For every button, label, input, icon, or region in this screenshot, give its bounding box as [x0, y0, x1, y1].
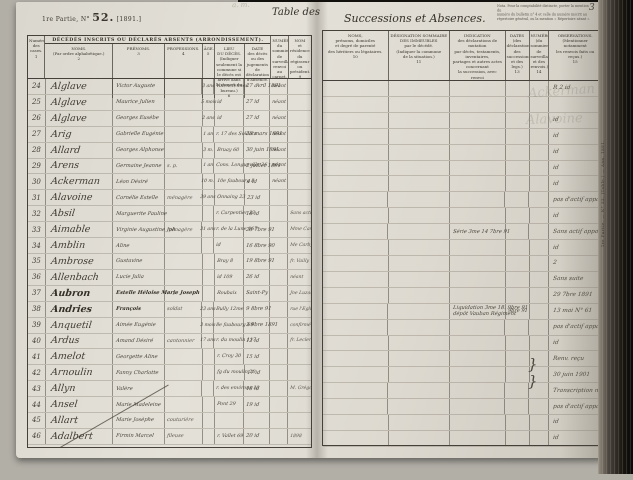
table-row: 27 Arig Gabrielle Eugénie 1 an r. 17 des…	[28, 127, 311, 143]
cell-observation: id	[549, 340, 559, 346]
cell-observation: pas d'actif apparent	[549, 404, 601, 410]
cell-prenoms: Victor Auguste	[113, 83, 156, 89]
cell-nom: Alglave	[45, 97, 87, 108]
table-row: 35 Ambrose Gustavine Bray 8 19 8bre 91 f…	[28, 254, 311, 270]
table-row: pas d'actif apparent	[323, 320, 601, 336]
table-row: 45 Allart Marie Josèphe couturière	[28, 413, 311, 429]
cell-numero: 29	[28, 159, 46, 174]
cell-nom-residence: rue l'Eglise h.	[288, 307, 311, 312]
cell-age: 3 ans	[201, 84, 214, 89]
cell-numero: 36	[28, 270, 46, 285]
table-row: pas d'actif apparent	[323, 192, 601, 208]
cell-numero: 28	[28, 143, 46, 158]
cell-date-deces: 18 id	[244, 211, 260, 217]
cell-date-deces: 23 id	[244, 195, 260, 201]
cell-nom: Aubron	[45, 288, 91, 299]
cell-nom: Absil	[45, 208, 75, 219]
cell-nom-residence: fr. Leclercq	[288, 338, 311, 343]
cell-prenoms: Georges Eusèbe	[113, 115, 160, 121]
cell-date-deces: 20 id	[244, 433, 260, 439]
cell-date-deces: 27 id	[244, 99, 260, 105]
handwritten-brace: }	[528, 355, 538, 373]
cell-nom: Alglave	[45, 113, 87, 124]
cell-date-deces: 15 id	[244, 354, 260, 360]
cell-date-deces: 19 id	[244, 402, 260, 408]
cell-numero: 37	[28, 286, 46, 301]
cell-lieu-deces: Onnaing 23	[214, 195, 245, 200]
table-row: 34 Amblin Aline id 16 8bre 90 Me Carby	[28, 238, 311, 254]
cell-lieu-deces: r. Croy 30	[214, 354, 241, 359]
cell-observation: pas d'actif apparent	[549, 324, 601, 330]
cell-profession: soldat	[164, 306, 182, 312]
column-header-dates: DATES (des déclarations, des successions…	[506, 31, 530, 80]
table-row: 24 Alglave Victor Auguste 3 ans Valencie…	[28, 79, 311, 95]
cell-profession: s. p.	[164, 163, 177, 169]
cell-date-deces: 16 8bre 90	[244, 243, 275, 249]
cell-prenoms: Gabrielle Eugénie	[113, 131, 164, 137]
cell-observation: R 2 id	[549, 85, 571, 91]
cell-numero: 40	[28, 334, 46, 349]
table-row: id	[323, 129, 601, 145]
cell-prenoms: Aimée Eugénie	[113, 322, 156, 328]
table-row: id	[323, 208, 601, 224]
handwritten-brace: }	[528, 372, 538, 390]
cell-prenoms: Germaine Jeanne	[113, 163, 162, 169]
cell-numero: 41	[28, 349, 46, 364]
cell-nom: Alglave	[45, 81, 87, 92]
table-row: id	[323, 176, 601, 192]
cell-numero: 42	[28, 365, 46, 380]
cell-numero: 35	[28, 254, 46, 269]
cell-lieu-deces: Bully 12me	[214, 307, 244, 312]
table-row: pas d'actif apparent	[323, 399, 601, 415]
cell-lieu-deces: id	[214, 100, 221, 105]
cell-lieu-deces: id 109	[214, 275, 232, 280]
cell-prenoms: Gustavine	[113, 258, 143, 264]
cell-prenoms: Léon Désiré	[113, 179, 148, 185]
column-header-nom-residence: NOM et résidence du régisseur ou préside…	[289, 36, 311, 78]
cell-nom-residence: Mme Carette Laur.	[288, 227, 311, 232]
cell-observation: Transcription n°	[549, 388, 601, 394]
cell-numero: 34	[28, 238, 46, 253]
successions-absences-title: Successions et Absences.	[344, 12, 486, 25]
table-row: id	[323, 415, 601, 431]
cell-nom-residence: néant	[288, 275, 304, 280]
cell-profession: couturière	[165, 417, 194, 423]
cell-nom: Ardus	[45, 335, 80, 346]
cell-age: 10 m.	[201, 179, 215, 184]
scanned-register-photo: 1re Partie, N° 52. [1891.] Table des Suc…	[0, 0, 633, 480]
cell-date-deces: 18 id	[244, 386, 260, 392]
cell-numero: 26	[28, 111, 46, 126]
table-row: 2	[323, 256, 601, 272]
cell-lieu-deces: Pont 29	[214, 402, 235, 407]
cell-numero: 44	[28, 397, 46, 412]
cell-observation: Sans actif apparent	[549, 229, 601, 235]
table-row: 41 Amelot Georgette Aline r. Croy 30 15 …	[28, 349, 311, 365]
table-row: Série 3me 14 7bre 91 Sans actif apparent	[323, 224, 601, 240]
cell-observation: 30 juin 1901	[549, 372, 591, 378]
table-row: 42 Arnoulin Fanny Charlotte fg du moulin…	[28, 365, 311, 381]
column-header-designation-immeubles: DÉSIGNATION SOMMAIRE DES IMMEUBLES par l…	[389, 31, 451, 80]
cell-nom: Arnoulin	[45, 367, 93, 378]
cell-numero: 24	[28, 79, 46, 94]
cell-prenoms: Valère	[113, 386, 133, 392]
cell-lieu-deces: Roubaix	[214, 291, 236, 296]
cell-date-deces: 27 id	[244, 115, 260, 121]
right-table-body: R 2 id id	[323, 81, 601, 447]
cell-renvoi: néant	[272, 148, 286, 153]
cell-observation: id	[549, 133, 559, 139]
cell-profession: s. p.	[165, 290, 178, 296]
cell-date: 9bre 91	[505, 308, 527, 314]
cell-nom-residence: Sans actif apparent	[288, 211, 311, 216]
table-row: id	[323, 431, 601, 447]
cell-renvoi: néant	[272, 132, 286, 137]
table-row: Liquidation 3me 18. 9bre 91 dépôt Vauban…	[323, 304, 601, 320]
table-row: 38 Andries François soldat 23 ans Bully …	[28, 302, 311, 318]
cell-nom: Ansel	[45, 399, 78, 410]
table-row: 25 Alglave Maurice Julien 5 mois id 27 i…	[28, 95, 311, 111]
cell-observation: id	[549, 419, 559, 425]
cell-lieu-deces: id	[214, 243, 221, 248]
table-row	[323, 97, 601, 113]
left-page-table: Numéros des cases. 1 DÉCÉDÉS INSCRITS OU…	[27, 35, 312, 448]
cell-prenoms: Cornélie Estelle	[113, 195, 159, 201]
cell-nom: Ackerman	[45, 176, 100, 187]
right-page-table: NOMS, prénoms, domiciles et degré de par…	[322, 30, 602, 446]
cell-nom: Ambrose	[45, 256, 94, 267]
table-row: Renv. reçu	[323, 351, 601, 367]
left-table-body: 24 Alglave Victor Auguste 3 ans Valencie…	[28, 79, 311, 445]
table-row: Transcription n°	[323, 383, 601, 399]
table-row: 36 Allenbach Lucie Julia id 109 26 id né…	[28, 270, 311, 286]
column-header-heritiers: NOMS, prénoms, domiciles et degré de par…	[323, 31, 389, 80]
cell-observation: id	[549, 213, 559, 219]
cell-observation: Sans suite	[549, 276, 584, 282]
cell-prenoms: Georges Alphonse	[113, 147, 165, 153]
table-row: 43 Allyn Valère r. des environs 10 18 id…	[28, 381, 311, 397]
cell-nom-residence: confirmé	[288, 323, 311, 328]
table-des-title: Table des	[272, 7, 320, 18]
part-number: 52.	[92, 11, 114, 24]
column-header-indication-actes: INDICATION des déclarations de mutation …	[450, 31, 506, 80]
cell-lieu-deces: id	[214, 116, 221, 121]
cell-lieu-deces: Bray 8	[214, 259, 233, 264]
cell-nom: Arens	[45, 160, 79, 171]
cell-age: 1 an	[203, 132, 214, 137]
left-table-header: Numéros des cases. 1 DÉCÉDÉS INSCRITS OU…	[28, 36, 311, 79]
part-number-heading: 1re Partie, N° 52. [1891.]	[42, 11, 141, 24]
cell-renvoi: néant	[272, 163, 286, 168]
spine-caption: 1re Partie. — N° 52. (Table.) — Ann. 189…	[600, 140, 605, 247]
table-row: 32 Absil Marguerite Pauline r. Carpentie…	[28, 206, 311, 222]
cell-observation: pas d'actif apparent	[549, 197, 601, 203]
cell-nom-residence: M. Grégoire	[288, 386, 311, 391]
table-row: id	[323, 240, 601, 256]
table-row: 37 Aubron Estelle Héloïse Marie Joseph s…	[28, 286, 311, 302]
part-year: [1891.]	[117, 16, 142, 23]
cell-prenoms: François	[113, 306, 142, 312]
cell-prenoms: Marguerite Pauline	[113, 211, 168, 217]
cell-age: 3 m.	[203, 148, 214, 153]
left-section-title: DÉCÉDÉS INSCRITS OU DÉCLARÉS ABSENTS (AR…	[45, 36, 270, 44]
cell-nom: Andries	[45, 304, 92, 315]
cell-profession: fileuse	[165, 433, 184, 439]
cell-numero: 32	[28, 206, 46, 221]
cell-nom-residence: fr. Vailly	[288, 259, 310, 264]
cell-nom: Anquetil	[45, 320, 92, 331]
cell-numero: 46	[28, 429, 46, 444]
cell-observation: 29 7bre 1891	[549, 292, 593, 298]
cell-observation: id	[549, 435, 559, 441]
cell-observation: 13 mai N° 61	[549, 308, 593, 314]
table-row: 30 juin 1901	[323, 367, 601, 383]
table-row: 26 Alglave Georges Eusèbe 2 ans id 27 id…	[28, 111, 311, 127]
table-row: 31 Alavoine Cornélie Estelle ménagère 39…	[28, 190, 311, 206]
cell-numero: 30	[28, 174, 46, 189]
cell-nom-residence: Me Carby	[288, 243, 311, 248]
cell-renvoi: néant	[272, 84, 286, 89]
cell-date-deces: 17 id	[244, 370, 260, 376]
cell-numero: 27	[28, 127, 46, 142]
cell-numero: 43	[28, 381, 46, 396]
cell-observation: id	[549, 165, 559, 171]
cell-numero: 33	[28, 222, 46, 237]
cell-prenoms: Georgette Aline	[113, 354, 158, 360]
handwritten-page-number: 3	[589, 3, 595, 13]
cell-nom: Amelot	[45, 351, 85, 362]
table-row: 30 Ackerman Léon Désiré 10 m. 10e faubou…	[28, 174, 311, 190]
cell-age: 2 ans	[202, 116, 215, 121]
cell-date-deces: Saint-Py	[244, 290, 269, 296]
cell-observation: Renv. reçu	[549, 356, 585, 362]
table-row: id	[323, 113, 601, 129]
cell-nom: Allart	[45, 415, 78, 426]
cell-date-deces: 26 id	[244, 274, 260, 280]
cell-numero: 38	[28, 302, 46, 317]
cell-prenoms: Marie Josèphe	[113, 417, 155, 423]
cell-prenoms: Amand Désiré	[113, 338, 154, 344]
cell-nom-residence: 1898	[288, 434, 302, 439]
right-table-header: NOMS, prénoms, domiciles et degré de par…	[323, 31, 601, 81]
table-row: id	[323, 145, 601, 161]
cell-observation: id	[549, 245, 559, 251]
column-header-numeros-renvois: NUMÉROS (du sommier de surveillance et d…	[530, 31, 550, 80]
table-row: Sans suite	[323, 272, 601, 288]
cell-observation: id	[549, 117, 559, 123]
table-row: id	[323, 161, 601, 177]
column-header-numero-sommier: NUMÉROS du sommier de surveillance. renv…	[271, 36, 288, 78]
cell-date-deces: 3 9bre 1891	[244, 322, 279, 328]
cell-date-deces: 28 7bre 91	[244, 227, 275, 233]
cell-nom: Allyn	[45, 383, 76, 394]
cell-numero: 25	[28, 95, 46, 110]
cell-nom: Arig	[45, 129, 72, 140]
table-row: id	[323, 336, 601, 352]
cell-numero: 39	[28, 318, 46, 333]
table-row: R 2 id	[323, 81, 601, 97]
printed-marginal-note: Nota. Pour la comptabilité distincte, po…	[497, 4, 594, 22]
part-label: 1re Partie, N°	[42, 16, 90, 23]
cell-profession: ménagère	[164, 195, 192, 201]
cell-lieu-deces: r. Vallet 69	[214, 434, 243, 439]
cell-date-deces: 9 8bre 91	[244, 306, 272, 312]
cell-prenoms: Aline	[113, 243, 130, 249]
table-row: 29 7bre 1891	[323, 288, 601, 304]
column-header-observations: OBSERVATIONS. (Mentionner notamment les …	[549, 31, 601, 80]
table-row: 33 Aimable Virginie Augustine Jph ménagè…	[28, 222, 311, 238]
table-row: 44 Ansel Marie Madeleine Pont 29 19 id	[28, 397, 311, 413]
table-row: 28 Allard Georges Alphonse 3 m. Bruay 60…	[28, 143, 311, 159]
cell-observation: id	[549, 181, 559, 187]
cell-prenoms: Maurice Julien	[113, 99, 155, 105]
table-row: 39 Anquetil Aimée Eugénie 3 mois 8e faub…	[28, 318, 311, 334]
cell-numero: 31	[28, 190, 46, 205]
cell-prenoms: Fanny Charlotte	[113, 370, 159, 376]
table-row: 29 Arens Germaine Jeanne s. p. 1 an Cons…	[28, 159, 311, 175]
cell-nom: Aimable	[45, 224, 91, 235]
cell-date-deces: 4 id	[244, 179, 257, 185]
table-row: 46 Adalbert Firmin Marcel fileuse r. Val…	[28, 429, 311, 445]
cell-renvoi: néant	[272, 116, 286, 121]
cell-prenoms: Firmin Marcel	[113, 433, 155, 439]
cell-renvoi: néant	[272, 100, 286, 105]
cell-nom: Allard	[45, 145, 81, 156]
cell-profession: cantonnier	[164, 338, 194, 344]
cell-prenoms: Estelle Héloïse Marie Joseph	[113, 290, 200, 296]
cell-age: 1 an	[203, 163, 214, 168]
cell-nom-residence: Jne Luzas	[288, 291, 311, 296]
cell-observation: 2	[549, 260, 557, 266]
table-row: 40 Ardus Amand Désiré cantonnier 17 ans …	[28, 334, 311, 350]
cell-date-deces: 19 8bre 91	[244, 258, 275, 264]
cell-numero: 45	[28, 413, 46, 428]
cell-nom: Alavoine	[45, 192, 93, 203]
cell-indication-line1: Série 3me 14 7bre 91	[452, 229, 510, 235]
cell-observation: id	[549, 149, 559, 155]
cell-renvoi: néant	[272, 179, 286, 184]
cell-prenoms: Lucie Julia	[113, 274, 145, 280]
column-header-numeros: Numéros des cases. 1	[28, 36, 45, 78]
cell-nom: Allenbach	[45, 272, 99, 283]
cell-profession: ménagère	[164, 227, 192, 233]
cell-date-deces: 12 id	[244, 338, 260, 344]
cell-nom: Amblin	[45, 240, 86, 251]
cell-lieu-deces: Bruay 60	[214, 148, 239, 153]
left-header-center-group: DÉCÉDÉS INSCRITS OU DÉCLARÉS ABSENTS (AR…	[45, 36, 271, 78]
